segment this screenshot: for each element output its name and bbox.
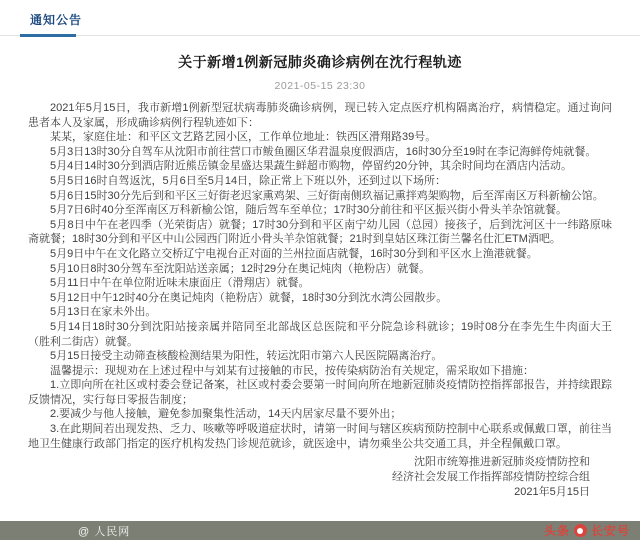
article-paragraph: 温馨提示：现规劝在上述过程中与刘某有过接触的市民，按传染病防治有关规定，需采取如… bbox=[28, 364, 612, 379]
tab-row: 通知公告 bbox=[0, 0, 640, 35]
article-paragraph: 3.在此期间若出现发热、乏力、咳嗽等呼吸道症状时，请第一时间与辖区疾病预防控制中… bbox=[28, 422, 612, 451]
source-watermark: @ 人民网 bbox=[78, 523, 130, 539]
tab-notice-announcements[interactable]: 通知公告 bbox=[30, 13, 82, 27]
signature-line: 沈阳市统筹推进新冠肺炎疫情防控和 bbox=[28, 455, 590, 470]
article-paragraph: 2021年5月15日，我市新增1例新型冠状病毒肺炎确诊病例，现已转入定点医疗机构… bbox=[28, 101, 612, 130]
article-paragraph: 5月13日在家未外出。 bbox=[28, 305, 612, 320]
footer-bar: @ 人民网 头条 长安号 bbox=[0, 521, 640, 540]
article-paragraph: 2.要减少与他人接触，避免参加聚集性活动，14天内居家尽量不要外出； bbox=[28, 407, 612, 422]
article-paragraph: 5月11日中午在单位附近味未康面庄（滑翔店）就餐。 bbox=[28, 276, 612, 291]
article-paragraph: 5月12日中午12时40分在奥记炖肉（艳粉店）就餐，18时30分到沈水湾公园散步… bbox=[28, 291, 612, 306]
notice-page: 通知公告 关于新增1例新冠肺炎确诊病例在沈行程轨迹 2021-05-15 23:… bbox=[0, 0, 640, 500]
toutiao-label: 头条 bbox=[544, 522, 570, 539]
tab-divider bbox=[0, 35, 640, 36]
article-paragraph: 5月5日16时自驾返沈，5月6日至5月14日，除正常上下班以外，还到过以下场所： bbox=[28, 174, 612, 189]
article-paragraph: 5月4日14时30分到酒店附近熊岳镇金星盛达果蔬生鲜超市购物，停留约20分钟，其… bbox=[28, 159, 612, 174]
page-title: 关于新增1例新冠肺炎确诊病例在沈行程轨迹 bbox=[30, 52, 610, 72]
article-paragraph: 5月10日8时30分驾车至沈阳站送亲属；12时29分在奥记炖肉（艳粉店）就餐。 bbox=[28, 262, 612, 277]
signature-line: 2021年5月15日 bbox=[28, 485, 590, 500]
article-paragraph: 5月3日13时30分自驾车从沈阳市前往营口市鲅鱼圈区华君温泉度假酒店，16时30… bbox=[28, 145, 612, 160]
article-paragraph: 5月14日18时30分到沈阳站接亲属并陪同至北部战区总医院和平分院急诊科就诊；1… bbox=[28, 320, 612, 349]
article-paragraph: 某某，家庭住址：和平区文艺路艺园小区，工作单位地址：铁西区滑翔路39号。 bbox=[28, 130, 612, 145]
signature-block: 沈阳市统筹推进新冠肺炎疫情防控和经济社会发展工作指挥部疫情防控综合组2021年5… bbox=[28, 455, 590, 500]
tab-active-underline bbox=[20, 34, 76, 37]
toutiao-logo-icon bbox=[574, 524, 587, 537]
article-paragraph: 5月8日中午在老四季（光荣街店）就餐；17时30分到和平区南宁幼儿园（总园）接孩… bbox=[28, 218, 612, 247]
article-paragraph: 5月6日15时30分先后到和平区三好街老迟家熏鸡架、三好街南侧玖福记熏拌鸡架购物… bbox=[28, 189, 612, 204]
article-paragraph: 5月7日6时40分至浑南区万科新榆公馆，随后驾车至单位；17时30分前往和平区振… bbox=[28, 203, 612, 218]
signature-line: 经济社会发展工作指挥部疫情防控综合组 bbox=[28, 470, 590, 485]
article-paragraph: 5月9日中午在文化路立交桥辽宁电视台正对面的兰州拉面店就餐，16时30分到和平区… bbox=[28, 247, 612, 262]
account-name: 长安号 bbox=[591, 522, 630, 539]
article-body: 2021年5月15日，我市新增1例新型冠状病毒肺炎确诊病例，现已转入定点医疗机构… bbox=[28, 101, 612, 451]
article-paragraph: 5月15日接受主动筛查核酸检测结果为阳性，转运沈阳市第六人民医院隔离治疗。 bbox=[28, 349, 612, 364]
article-paragraph: 1.立即向所在社区或村委会登记备案，社区或村委会要第一时间向所在地新冠肺炎疫情防… bbox=[28, 378, 612, 407]
publish-datetime: 2021-05-15 23:30 bbox=[0, 80, 640, 92]
toutiao-watermark: 头条 长安号 bbox=[544, 522, 630, 539]
